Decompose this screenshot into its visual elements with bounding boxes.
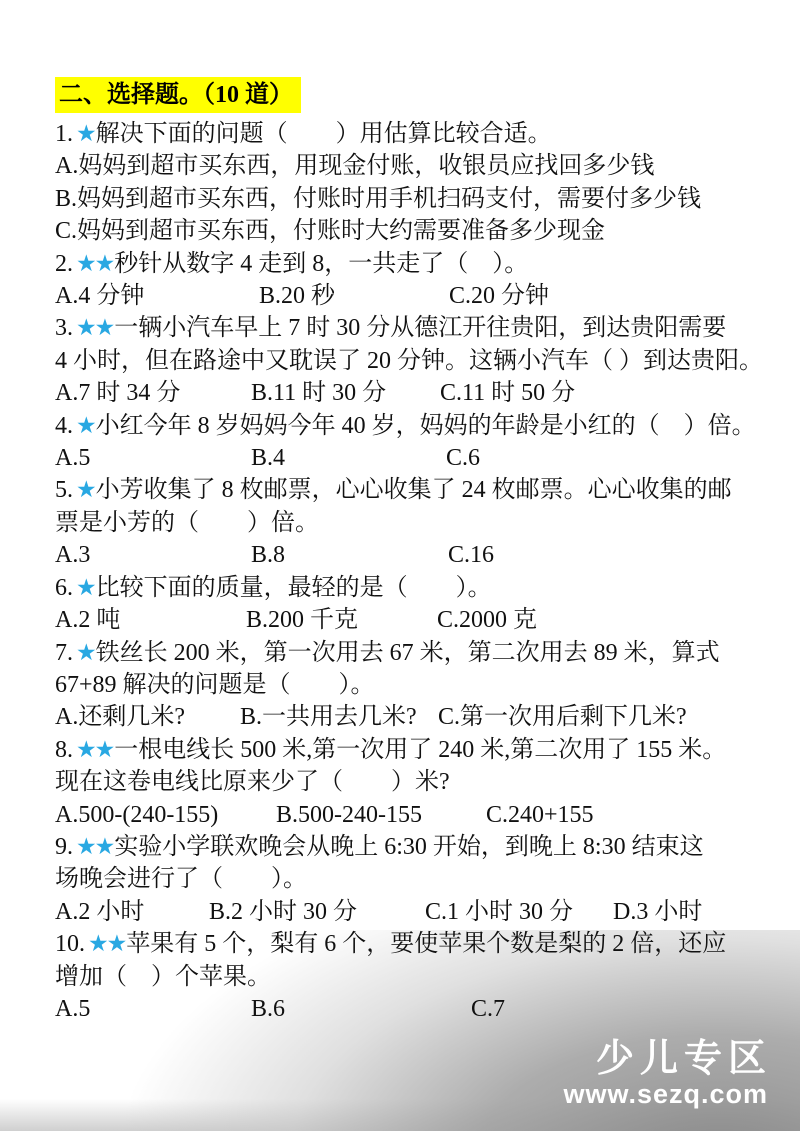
- stem-continued: 现在这卷电线比原来少了（ ）米?: [55, 766, 767, 798]
- stem-text: 解决下面的问题（ ）用估算比较合适。: [96, 121, 552, 147]
- option-c: C.2000 克: [437, 604, 537, 636]
- question-stem: 1.★解决下面的问题（ ）用估算比较合适。: [55, 118, 767, 150]
- question-number: 4.: [55, 413, 73, 439]
- question-stem: 9.★★实验小学联欢晚会从晚上 6:30 开始，到晚上 8:30 结束这: [55, 831, 767, 863]
- stem-text: 增加（ ）个苹果。: [55, 964, 271, 990]
- watermark: 少儿专区 www.sezq.com: [563, 1039, 768, 1109]
- stem-text: 小芳收集了 8 枚邮票，心心收集了 24 枚邮票。心心收集的邮: [96, 477, 732, 503]
- difficulty-stars-icon: ★: [76, 575, 95, 601]
- question-stem: 10.★★苹果有 5 个，梨有 6 个，要使苹果个数是梨的 2 倍，还应: [55, 928, 767, 960]
- stem-text: 一辆小汽车早上 7 时 30 分从德江开往贵阳，到达贵阳需要: [114, 315, 726, 341]
- question-6: 6.★比较下面的质量，最轻的是（ ）。 A.2 吨B.200 千克C.2000 …: [55, 572, 767, 637]
- question-3: 3.★★一辆小汽车早上 7 时 30 分从德江开往贵阳，到达贵阳需要 4 小时，…: [55, 312, 767, 409]
- difficulty-stars-icon: ★★: [88, 931, 125, 957]
- section-header: 二、选择题。（10 道）: [55, 77, 301, 113]
- options-row: A.2 吨B.200 千克C.2000 克: [55, 604, 767, 636]
- stem-text: 比较下面的质量，最轻的是（ ）。: [96, 575, 492, 601]
- option-b: B.20 秒: [259, 280, 449, 312]
- worksheet-page: 二、选择题。（10 道） 1.★解决下面的问题（ ）用估算比较合适。 A.妈妈到…: [0, 0, 800, 1131]
- watermark-url: www.sezq.com: [563, 1079, 768, 1109]
- stem-text: 苹果有 5 个，梨有 6 个，要使苹果个数是梨的 2 倍，还应: [126, 931, 726, 957]
- question-2: 2.★★秒针从数字 4 走到 8，一共走了（ ）。 A.4 分钟B.20 秒C.…: [55, 248, 767, 313]
- question-8: 8.★★一根电线长 500 米,第一次用了 240 米,第二次用了 155 米。…: [55, 734, 767, 831]
- question-number: 6.: [55, 575, 73, 601]
- option-a: A.3: [55, 539, 251, 571]
- stem-text: 4 小时，但在路途中又耽误了 20 分钟。这辆小汽车（ ）到达贵阳。: [55, 348, 763, 374]
- options-row: A.5B.4C.6: [55, 442, 767, 474]
- question-5: 5.★小芳收集了 8 枚邮票，心心收集了 24 枚邮票。心心收集的邮 票是小芳的…: [55, 474, 767, 571]
- question-7: 7.★铁丝长 200 米，第一次用去 67 米，第二次用去 89 米，算式 67…: [55, 637, 767, 734]
- option-c: C.11 时 50 分: [440, 377, 575, 409]
- option-line-a: A.妈妈到超市买东西，用现金付账，收银员应找回多少钱: [55, 150, 767, 182]
- option-a: A.5: [55, 442, 251, 474]
- option-b: B.11 时 30 分: [251, 377, 440, 409]
- option-a: A.妈妈到超市买东西，用现金付账，收银员应找回多少钱: [55, 153, 654, 179]
- stem-text: 小红今年 8 岁妈妈今年 40 岁，妈妈的年龄是小红的（ ）倍。: [96, 413, 756, 439]
- question-number: 9.: [55, 834, 73, 860]
- difficulty-stars-icon: ★: [76, 477, 95, 503]
- options-row: A.4 分钟B.20 秒C.20 分钟: [55, 280, 767, 312]
- stem-text: 67+89 解决的问题是（ ）。: [55, 672, 375, 698]
- question-1: 1.★解决下面的问题（ ）用估算比较合适。 A.妈妈到超市买东西，用现金付账，收…: [55, 118, 767, 248]
- stem-continued: 增加（ ）个苹果。: [55, 961, 767, 993]
- option-b: B.一共用去几米?: [240, 701, 438, 733]
- stem-text: 场晚会进行了（ ）。: [55, 866, 307, 892]
- stem-text: 一根电线长 500 米,第一次用了 240 米,第二次用了 155 米。: [114, 737, 726, 763]
- option-c: C.16: [448, 539, 494, 571]
- difficulty-stars-icon: ★★: [76, 251, 113, 277]
- question-stem: 3.★★一辆小汽车早上 7 时 30 分从德江开往贵阳，到达贵阳需要: [55, 312, 767, 344]
- question-number: 3.: [55, 315, 73, 341]
- options-row: A.2 小时B.2 小时 30 分C.1 小时 30 分D.3 小时: [55, 896, 767, 928]
- option-b: B.200 千克: [246, 604, 437, 636]
- option-line-c: C.妈妈到超市买东西，付账时大约需要准备多少现金: [55, 215, 767, 247]
- watermark-title: 少儿专区: [563, 1039, 772, 1079]
- question-number: 2.: [55, 251, 73, 277]
- option-a: A.500-(240-155): [55, 799, 276, 831]
- difficulty-stars-icon: ★: [76, 121, 95, 147]
- question-stem: 4.★小红今年 8 岁妈妈今年 40 岁，妈妈的年龄是小红的（ ）倍。: [55, 410, 767, 442]
- question-stem: 7.★铁丝长 200 米，第一次用去 67 米，第二次用去 89 米，算式: [55, 637, 767, 669]
- options-row: A.还剩几米?B.一共用去几米?C.第一次用后剩下几米?: [55, 701, 767, 733]
- questions-list: 1.★解决下面的问题（ ）用估算比较合适。 A.妈妈到超市买东西，用现金付账，收…: [55, 118, 767, 1025]
- option-a: A.7 时 34 分: [55, 377, 251, 409]
- difficulty-stars-icon: ★: [76, 640, 95, 666]
- option-c: C.6: [446, 442, 480, 474]
- stem-continued: 4 小时，但在路途中又耽误了 20 分钟。这辆小汽车（ ）到达贵阳。: [55, 345, 767, 377]
- option-a: A.2 吨: [55, 604, 246, 636]
- question-stem: 8.★★一根电线长 500 米,第一次用了 240 米,第二次用了 155 米。: [55, 734, 767, 766]
- question-number: 1.: [55, 121, 73, 147]
- options-row: A.500-(240-155)B.500-240-155C.240+155: [55, 799, 767, 831]
- option-d: D.3 小时: [613, 896, 702, 928]
- difficulty-stars-icon: ★★: [76, 834, 113, 860]
- stem-continued: 场晚会进行了（ ）。: [55, 863, 767, 895]
- option-b: B.4: [251, 442, 446, 474]
- question-stem: 5.★小芳收集了 8 枚邮票，心心收集了 24 枚邮票。心心收集的邮: [55, 474, 767, 506]
- options-row: A.7 时 34 分B.11 时 30 分C.11 时 50 分: [55, 377, 767, 409]
- option-a: A.4 分钟: [55, 280, 259, 312]
- options-row: A.3B.8C.16: [55, 539, 767, 571]
- option-b: B.妈妈到超市买东西，付账时用手机扫码支付，需要付多少钱: [55, 186, 701, 212]
- stem-text: 秒针从数字 4 走到 8，一共走了（ ）。: [114, 251, 528, 277]
- question-number: 10.: [55, 931, 85, 957]
- option-a: A.2 小时: [55, 896, 209, 928]
- stem-text: 铁丝长 200 米，第一次用去 67 米，第二次用去 89 米，算式: [96, 640, 720, 666]
- difficulty-stars-icon: ★: [76, 413, 95, 439]
- option-c: C.第一次用后剩下几米?: [438, 701, 687, 733]
- difficulty-stars-icon: ★★: [76, 737, 113, 763]
- question-9: 9.★★实验小学联欢晚会从晚上 6:30 开始，到晚上 8:30 结束这 场晚会…: [55, 831, 767, 928]
- option-b: B.2 小时 30 分: [209, 896, 425, 928]
- question-10: 10.★★苹果有 5 个，梨有 6 个，要使苹果个数是梨的 2 倍，还应 增加（…: [55, 928, 767, 1025]
- option-b: B.8: [251, 539, 448, 571]
- option-line-b: B.妈妈到超市买东西，付账时用手机扫码支付，需要付多少钱: [55, 183, 767, 215]
- option-a: A.5: [55, 993, 251, 1025]
- stem-text: 现在这卷电线比原来少了（ ）米?: [55, 769, 450, 795]
- option-b: B.6: [251, 993, 471, 1025]
- section-title: 二、选择题。（10 道）: [59, 82, 293, 108]
- option-c: C.20 分钟: [449, 280, 549, 312]
- stem-text: 实验小学联欢晚会从晚上 6:30 开始，到晚上 8:30 结束这: [114, 834, 703, 860]
- stem-continued: 67+89 解决的问题是（ ）。: [55, 669, 767, 701]
- option-c: C.7: [471, 993, 505, 1025]
- stem-text: 票是小芳的（ ）倍。: [55, 510, 319, 536]
- option-c: C.240+155: [486, 799, 594, 831]
- question-stem: 6.★比较下面的质量，最轻的是（ ）。: [55, 572, 767, 604]
- difficulty-stars-icon: ★★: [76, 315, 113, 341]
- question-number: 7.: [55, 640, 73, 666]
- stem-continued: 票是小芳的（ ）倍。: [55, 507, 767, 539]
- question-4: 4.★小红今年 8 岁妈妈今年 40 岁，妈妈的年龄是小红的（ ）倍。 A.5B…: [55, 410, 767, 475]
- options-row: A.5B.6C.7: [55, 993, 767, 1025]
- option-c: C.妈妈到超市买东西，付账时大约需要准备多少现金: [55, 218, 605, 244]
- option-b: B.500-240-155: [276, 799, 486, 831]
- option-a: A.还剩几米?: [55, 701, 240, 733]
- question-number: 5.: [55, 477, 73, 503]
- question-number: 8.: [55, 737, 73, 763]
- option-c: C.1 小时 30 分: [425, 896, 613, 928]
- question-stem: 2.★★秒针从数字 4 走到 8，一共走了（ ）。: [55, 248, 767, 280]
